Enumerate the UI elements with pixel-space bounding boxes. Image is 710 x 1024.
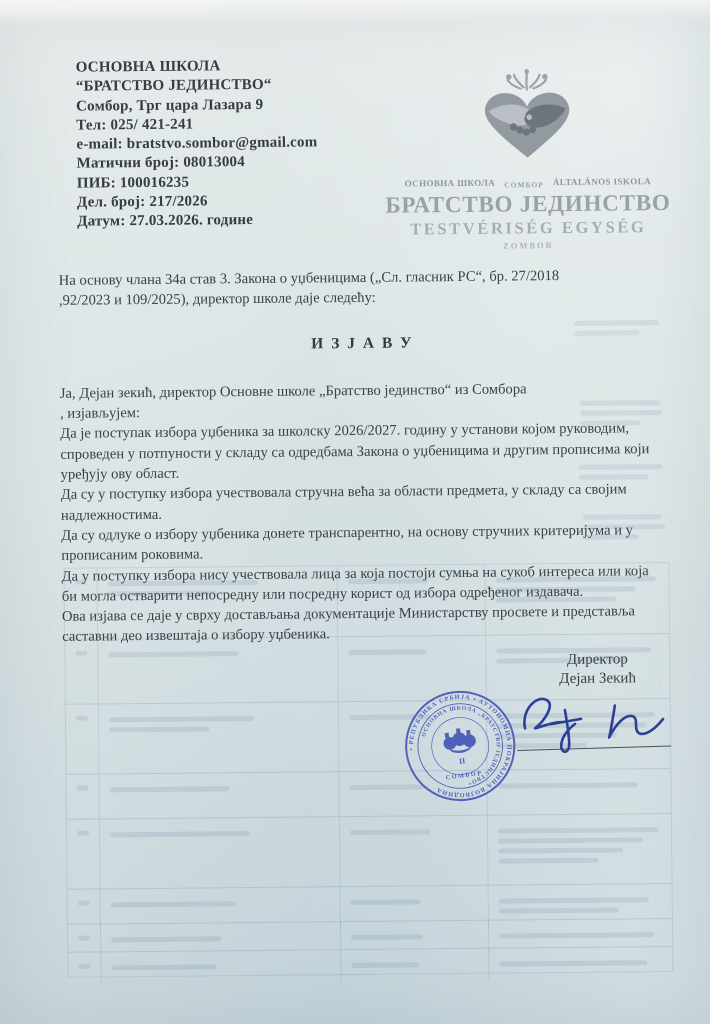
letterhead-line: Матични број: 08013004: [77, 153, 318, 175]
logo-name-cyrillic: БРАТСТВО ЈЕДИНСТВО: [382, 190, 674, 219]
bleedthrough-row: [67, 813, 672, 889]
statement-paragraph: Да су одлуке о избору уџбеника донете тр…: [61, 520, 667, 566]
stamp-center-mark: II: [459, 756, 466, 766]
heart-shape: [485, 92, 570, 158]
logo-subtitle-row: ОСНОВНА ШКОЛА СОМБОР ÁLTALÁNOS ISKOLA: [382, 176, 674, 189]
document-title: И З Ј А В У: [59, 331, 665, 357]
bleedthrough-row: [66, 768, 670, 819]
scanned-document-page: ОСНОВНА ШКОЛА “БРАТСТВО ЈЕДИНСТВО“ Сомбо…: [0, 0, 710, 1024]
logo-name-hungarian: TESTVÉRISÉG EGYSÉG: [382, 217, 674, 240]
page-content: ОСНОВНА ШКОЛА “БРАТСТВО ЈЕДИНСТВО“ Сомбо…: [0, 0, 710, 1024]
statement-paragraph: Ова изјава се даје у сврху достављања до…: [62, 601, 668, 647]
letterhead-line: Дел. број: 217/2026: [77, 191, 318, 213]
letterhead-line: ОСНОВНА ШКОЛА: [76, 56, 317, 78]
bleedthrough-row: [68, 883, 672, 924]
signatory-role: Директор: [522, 650, 672, 670]
logo-school-hungarian: ÁLTALÁNOS ISKOLA: [553, 176, 651, 187]
logo-school-cyrillic: ОСНОВНА ШКОЛА: [405, 178, 496, 189]
letterhead-line: ПИБ: 100016235: [77, 172, 318, 194]
official-stamp: • РЕПУБЛИКА СРБИЈА • АУТОНОМНА ПОКРАЈИНА…: [394, 680, 526, 812]
statement-paragraph: Да у поступку избора нису учествовала ли…: [61, 561, 667, 607]
stamp-coat-of-arms: [442, 726, 477, 755]
logo-city: СОМБОР: [504, 180, 544, 189]
school-logo: ОСНОВНА ШКОЛА СОМБОР ÁLTALÁNOS ISKOLA БР…: [381, 67, 675, 252]
letterhead-line: Сомбор, Трг цара Лазара 9: [76, 95, 317, 117]
bleedthrough-row: [68, 946, 672, 977]
handwritten-signature: [503, 683, 684, 763]
logo-city-hungarian: ZOMBOR: [382, 239, 674, 252]
statement-paragraph: Да су у поступку избора учествовала стру…: [61, 479, 667, 525]
letterhead-block: ОСНОВНА ШКОЛА “БРАТСТВО ЈЕДИНСТВО“ Сомбо…: [76, 56, 319, 232]
document-body: На основу члана 34а став 3. Закона о уџб…: [59, 265, 669, 648]
letterhead-line: Тел: 025/ 421-241: [76, 114, 317, 136]
letterhead-line: Датум: 27.03.2026. године: [77, 211, 318, 233]
bleedthrough-row: [68, 918, 672, 952]
letterhead-line: “БРАТСТВО ЈЕДИНСТВО“: [76, 76, 317, 98]
handshake-heart-icon: [463, 68, 592, 171]
letterhead-line: e-mail: bratstvo.sombor@gmail.com: [76, 134, 317, 156]
statement-paragraph: Да је поступак избора уџбеника за школск…: [60, 418, 667, 485]
